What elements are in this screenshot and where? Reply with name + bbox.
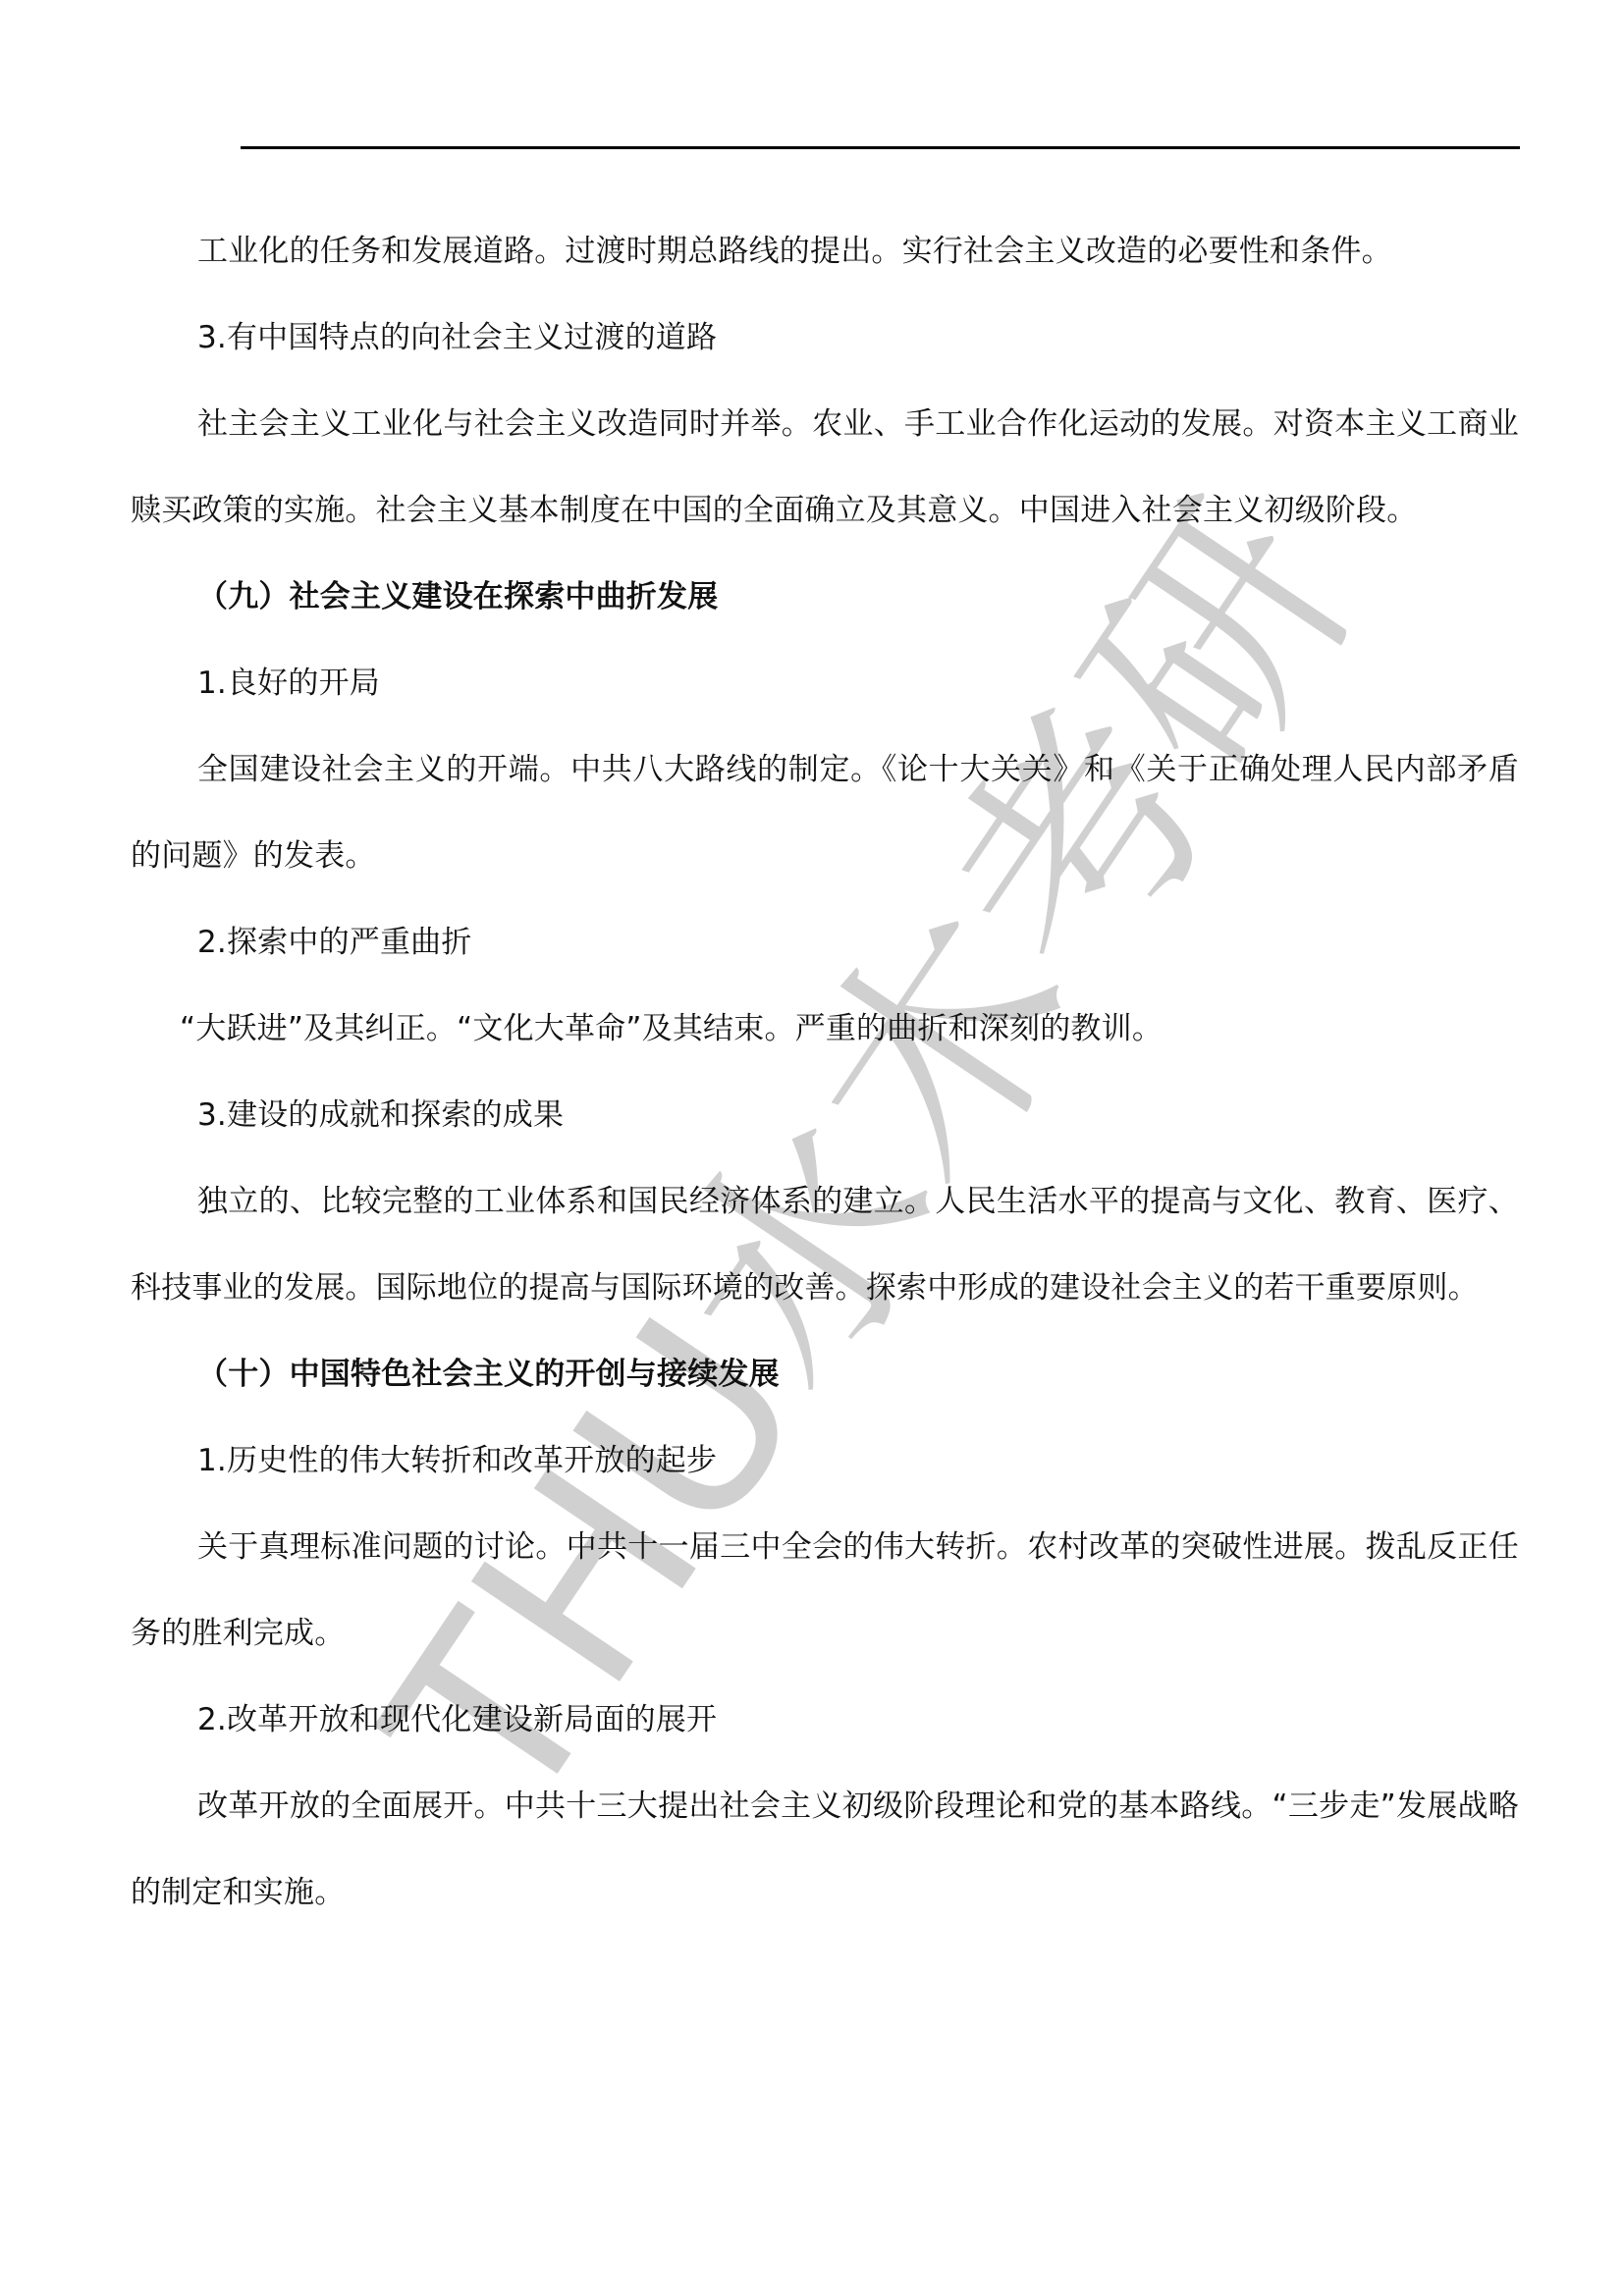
paragraph: 全国建设社会主义的开端。中共八大路线的制定。《论十大关关》和《关于正确处理人民内… xyxy=(131,726,1519,899)
subheading: 1.良好的开局 xyxy=(131,640,1519,726)
subheading: 1.历史性的伟大转折和改革开放的起步 xyxy=(131,1417,1519,1504)
subheading: 2.探索中的严重曲折 xyxy=(131,899,1519,986)
paragraph: 社主会主义工业化与社会主义改造同时并举。农业、手工业合作化运动的发展。对资本主义… xyxy=(131,381,1519,554)
subheading: 2.改革开放和现代化建设新局面的展开 xyxy=(131,1677,1519,1763)
header-rule xyxy=(241,146,1520,149)
paragraph: “大跃进”及其纠正。“文化大革命”及其结束。严重的曲折和深刻的教训。 xyxy=(131,986,1519,1072)
section-heading: （十）中国特色社会主义的开创与接续发展 xyxy=(131,1331,1519,1417)
paragraph-continued: 工业化的任务和发展道路。过渡时期总路线的提出。实行社会主义改造的必要性和条件。 xyxy=(131,208,1519,294)
paragraph: 关于真理标准问题的讨论。中共十一届三中全会的伟大转折。农村改革的突破性进展。拨乱… xyxy=(131,1504,1519,1677)
paragraph: 改革开放的全面展开。中共十三大提出社会主义初级阶段理论和党的基本路线。“三步走”… xyxy=(131,1763,1519,1936)
paragraph: 独立的、比较完整的工业体系和国民经济体系的建立。人民生活水平的提高与文化、教育、… xyxy=(131,1158,1519,1331)
subheading: 3.建设的成就和探索的成果 xyxy=(131,1072,1519,1158)
subheading: 3.有中国特点的向社会主义过渡的道路 xyxy=(131,294,1519,381)
section-heading: （九）社会主义建设在探索中曲折发展 xyxy=(131,554,1519,640)
document-body: 工业化的任务和发展道路。过渡时期总路线的提出。实行社会主义改造的必要性和条件。 … xyxy=(131,208,1519,1936)
